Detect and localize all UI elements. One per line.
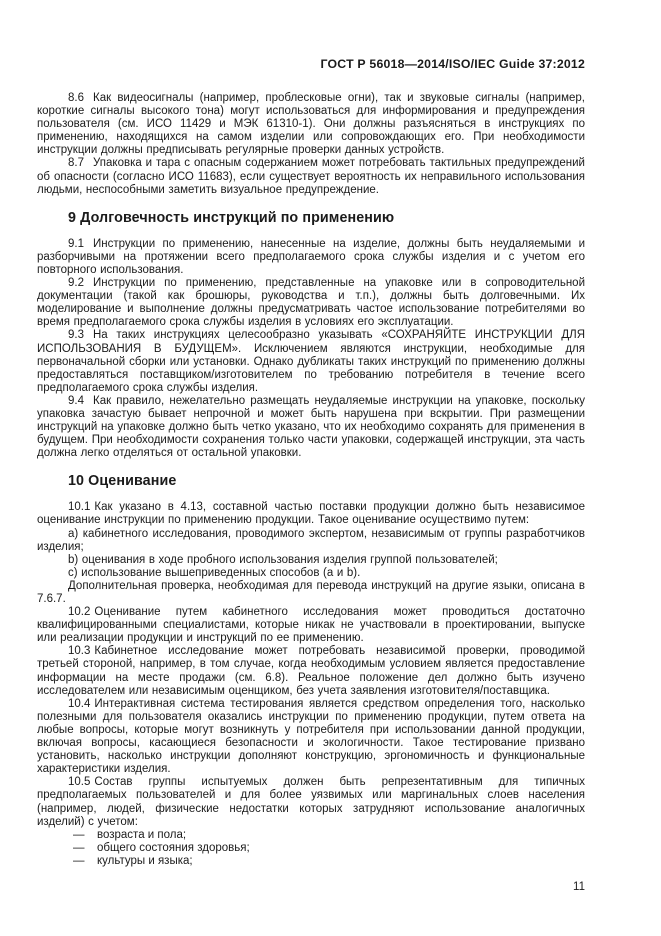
- paragraph-text: b) оценивания в ходе пробного использова…: [68, 554, 498, 566]
- paragraph: Дополнительная проверка, необходимая для…: [37, 580, 585, 606]
- paragraph: 9.2Инструкции по применению, представлен…: [37, 277, 585, 329]
- paragraph-text: На таких инструкциях целесообразно указы…: [37, 329, 585, 393]
- dash-marker: —: [73, 842, 97, 855]
- paragraph-text: Состав группы испытуемых должен быть реп…: [37, 776, 585, 827]
- clause-number: 9.3: [68, 329, 84, 341]
- clause-number: 8.7: [68, 157, 84, 169]
- clause-number: 10.4: [68, 698, 90, 710]
- clause-number: 8.6: [68, 92, 84, 104]
- paragraph-text: Как правило, нежелательно размещать неуд…: [37, 395, 585, 459]
- paragraph: 9.3На таких инструкциях целесообразно ук…: [37, 329, 585, 394]
- paragraph: c) использование вышеприведенных способо…: [37, 567, 585, 580]
- paragraph: 9.1Инструкции по применению, нанесенные …: [37, 238, 585, 277]
- paragraph-text: Как указано в 4.13, составной частью пос…: [37, 501, 585, 526]
- paragraph: b) оценивания в ходе пробного использова…: [37, 554, 585, 567]
- section-heading: 10 Оценивание: [37, 473, 585, 489]
- paragraph: 10.5Состав группы испытуемых должен быть…: [37, 776, 585, 828]
- paragraph-text: Оценивание путем кабинетного исследовани…: [37, 606, 585, 644]
- dash-list-item: —возраста и пола;: [37, 829, 585, 842]
- section-heading: 9 Долговечность инструкций по применению: [37, 210, 585, 226]
- document-body: 8.6Как видеосигналы (например, проблеско…: [37, 92, 585, 868]
- page-number: 11: [37, 881, 585, 893]
- clause-number: 10.1: [68, 501, 90, 513]
- clause-number: 10.5: [68, 776, 90, 788]
- paragraph-text: a) кабинетного исследования, проводимого…: [37, 528, 585, 553]
- paragraph: 9.4Как правило, нежелательно размещать н…: [37, 395, 585, 460]
- dash-marker: —: [73, 829, 97, 842]
- paragraph: 10.2Оценивание путем кабинетного исследо…: [37, 606, 585, 645]
- paragraph-text: Инструкции по применению, нанесенные на …: [37, 238, 585, 276]
- paragraph-text: Упаковка и тара с опасным содержанием мо…: [37, 157, 585, 195]
- paragraph-text: Дополнительная проверка, необходимая для…: [37, 580, 585, 605]
- dash-list-item: —культуры и языка;: [37, 855, 585, 868]
- clause-number: 9.4: [68, 395, 84, 407]
- clause-number: 10.3: [68, 645, 90, 657]
- paragraph-text: c) использование вышеприведенных способо…: [68, 567, 360, 579]
- clause-number: 9.2: [68, 277, 84, 289]
- paragraph: 10.3Кабинетное исследование может потреб…: [37, 645, 585, 697]
- paragraph: 8.7Упаковка и тара с опасным содержанием…: [37, 157, 585, 196]
- paragraph: 10.1Как указано в 4.13, составной частью…: [37, 501, 585, 527]
- clause-number: 9.1: [68, 238, 84, 250]
- dash-marker: —: [73, 855, 97, 868]
- running-header: ГОСТ Р 56018—2014/ISO/IEC Guide 37:2012: [37, 57, 585, 71]
- document-page: ГОСТ Р 56018—2014/ISO/IEC Guide 37:2012 …: [0, 0, 661, 936]
- paragraph-text: Интерактивная система тестирования являе…: [37, 698, 585, 775]
- dash-list-item: —общего состояния здоровья;: [37, 842, 585, 855]
- clause-number: 10.2: [68, 606, 90, 618]
- paragraph: 8.6Как видеосигналы (например, проблеско…: [37, 92, 585, 157]
- dash-item-text: культуры и языка;: [97, 855, 193, 867]
- paragraph: 10.4Интерактивная система тестирования я…: [37, 698, 585, 777]
- dash-item-text: возраста и пола;: [97, 829, 186, 841]
- paragraph: a) кабинетного исследования, проводимого…: [37, 528, 585, 554]
- paragraph-text: Кабинетное исследование может потребоват…: [37, 645, 585, 696]
- paragraph-text: Инструкции по применению, представленные…: [37, 277, 585, 328]
- paragraph-text: Как видеосигналы (например, проблесковые…: [37, 92, 585, 156]
- dash-item-text: общего состояния здоровья;: [97, 842, 250, 854]
